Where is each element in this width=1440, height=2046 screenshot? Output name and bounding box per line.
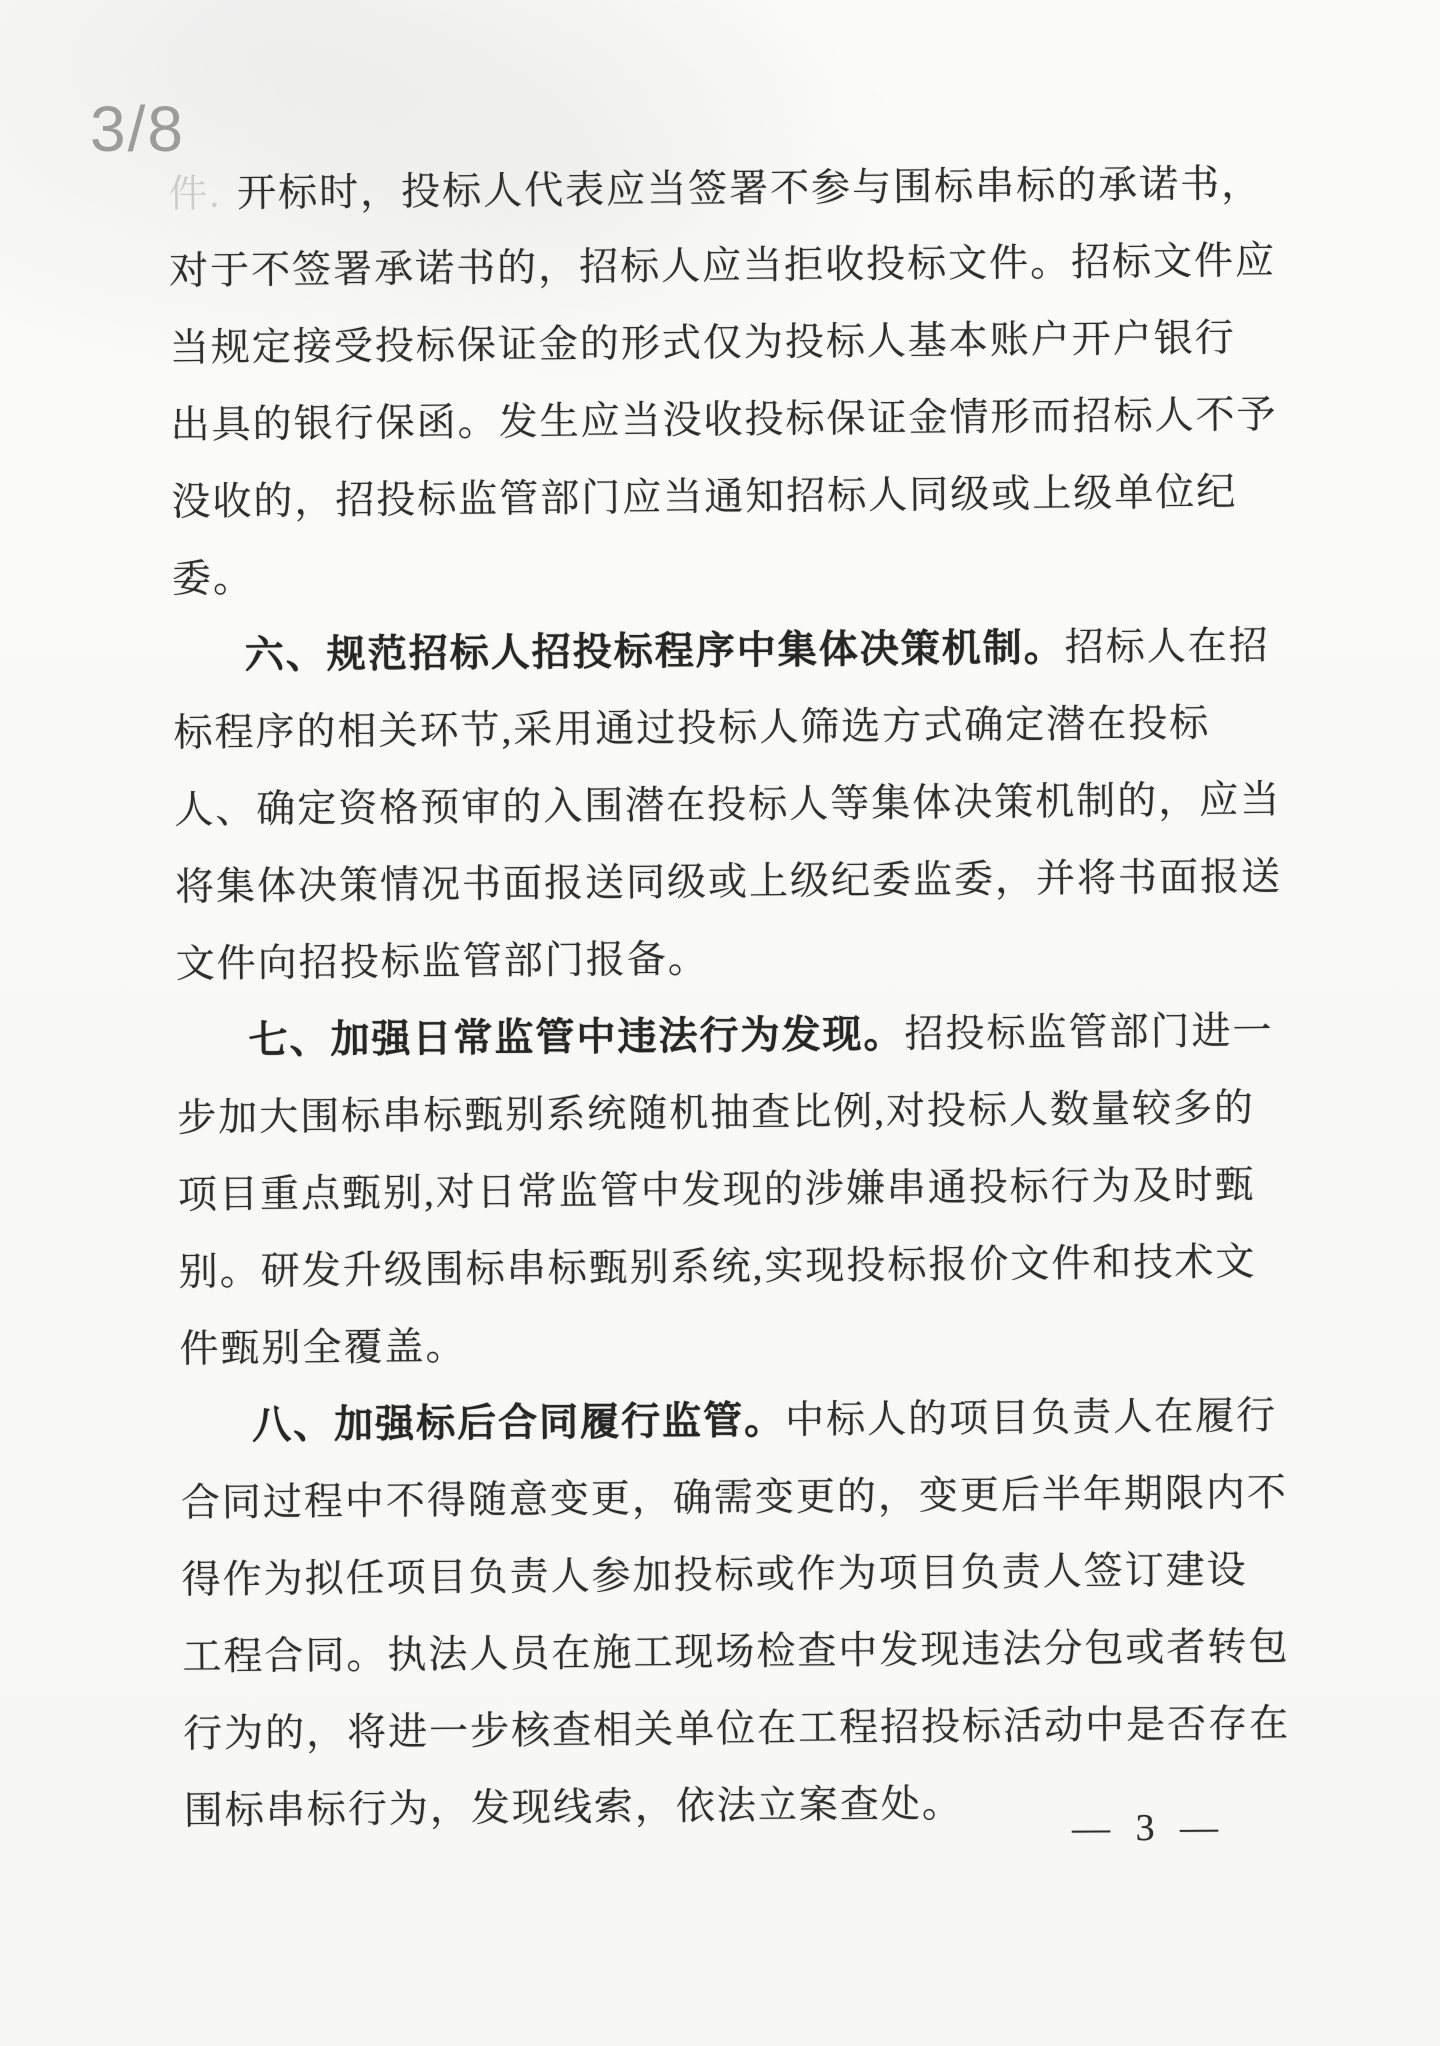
line-text: 工程合同。执法人员在施工现场检查中发现违法分包或者转包 [182, 1625, 1289, 1679]
line-text: 合同过程中不得随意变更，确需变更的，变更后半年期限内不 [181, 1471, 1288, 1525]
line-text: 得作为拟任项目负责人参加投标或作为项目负责人签订建设 [181, 1549, 1247, 1602]
document-line: 项目重点甄别,对日常监管中发现的涉嫌串通投标行为及时甄 [178, 1146, 1291, 1234]
line-text: 开标时，投标人代表应当签署不参与围标串标的承诺书， [237, 162, 1262, 215]
line-text: 将集体决策情况书面报送同级或上级纪委监委，并将书面报送 [175, 855, 1282, 909]
line-text: 没收的，招投标监管部门应当通知招标人同级或上级单位纪 [171, 471, 1237, 524]
document-line: 别。研发升级围标串标甄别系统,实现投标报价文件和技术文 [178, 1223, 1291, 1311]
document-line: 当规定接受投标保证金的形式仅为投标人基本账户开户银行 [169, 299, 1282, 387]
document-line: 委。 [172, 530, 1285, 618]
document-line-section-7: 七、加强日常监管中违法行为发现。招投标监管部门进一 [176, 992, 1289, 1080]
line-text: 别。研发升级围标串标甄别系统,实现投标报价文件和技术文 [179, 1241, 1257, 1294]
line-text: 件甄别全覆盖。 [179, 1325, 466, 1371]
document-line: 出具的银行保函。发生应当没收投标保证金情形而招标人不予 [170, 376, 1283, 464]
document-line: 件甄别全覆盖。 [179, 1300, 1292, 1388]
document-line: 将集体决策情况书面报送同级或上级纪委监委，并将书面报送 [175, 838, 1288, 926]
line-text: 步加大围标串标甄别系统随机抽查比例,对投标人数量较多的 [177, 1087, 1255, 1140]
line-text: 行为的，将进一步核查相关单位在工程招投标活动中是否存在 [183, 1702, 1290, 1756]
line-text: 招标人在招 [1065, 624, 1270, 669]
document-line: 行为的，将进一步核查相关单位在工程招投标活动中是否存在 [183, 1685, 1296, 1773]
section-heading: 六、规范招标人招投标程序中集体决策机制。 [245, 626, 1065, 677]
line-text: 委。 [172, 557, 254, 601]
line-text: 人、确定资格预审的入围潜在投标人等集体决策机制的，应当 [174, 778, 1281, 832]
line-text: 围标串标行为，发现线索，依法立案查处。 [184, 1782, 963, 1832]
document-line: 文件向招投标监管部门报备。 [175, 915, 1288, 1003]
line-text: 对于不签署承诺书的，招标人应当拒收投标文件。招标文件应 [169, 239, 1276, 293]
line-text: 当规定接受投标保证金的形式仅为投标人基本账户开户银行 [170, 317, 1236, 370]
document-text-block: 件.开标时，投标人代表应当签署不参与围标串标的承诺书， 对于不签署承诺书的，招标… [168, 145, 1296, 1850]
viewer-page-indicator: 3/8 [90, 92, 185, 166]
scanned-document-page: 3/8 件.开标时，投标人代表应当签署不参与围标串标的承诺书， 对于不签署承诺书… [0, 0, 1440, 2046]
document-line: 工程合同。执法人员在施工现场检查中发现违法分包或者转包 [182, 1608, 1295, 1696]
document-line: 人、确定资格预审的入围潜在投标人等集体决策机制的，应当 [174, 761, 1287, 849]
document-line: 步加大围标串标甄别系统随机抽查比例,对投标人数量较多的 [177, 1069, 1290, 1157]
document-line: 得作为拟任项目负责人参加投标或作为项目负责人签订建设 [181, 1531, 1294, 1619]
line-text: 中标人的项目负责人在履行 [785, 1394, 1277, 1442]
document-line: 对于不签署承诺书的，招标人应当拒收投标文件。招标文件应 [169, 222, 1282, 310]
document-line-section-8: 八、加强标后合同履行监管。中标人的项目负责人在履行 [180, 1377, 1293, 1465]
line-text: 标程序的相关环节,采用通过投标人筛选方式确定潜在投标 [173, 702, 1210, 755]
section-heading: 八、加强标后合同履行监管。 [252, 1399, 785, 1447]
section-heading: 七、加强日常监管中违法行为发现。 [248, 1013, 904, 1062]
faded-text: 件. [168, 172, 221, 216]
document-line: 标程序的相关环节,采用通过投标人筛选方式确定潜在投标 [173, 684, 1286, 772]
document-line: 没收的，招投标监管部门应当通知招标人同级或上级单位纪 [171, 453, 1284, 541]
line-text: 项目重点甄别,对日常监管中发现的涉嫌串通投标行为及时甄 [178, 1164, 1256, 1217]
line-text: 文件向招投标监管部门报备。 [176, 938, 709, 986]
document-line-section-6: 六、规范招标人招投标程序中集体决策机制。招标人在招 [172, 607, 1285, 695]
document-line: 件.开标时，投标人代表应当签署不参与围标串标的承诺书， [168, 145, 1281, 233]
document-line: 合同过程中不得随意变更，确需变更的，变更后半年期限内不 [181, 1454, 1294, 1542]
line-text: 招投标监管部门进一 [904, 1009, 1273, 1056]
line-text: 出具的银行保函。发生应当没收投标保证金情形而招标人不予 [170, 393, 1277, 447]
page-number-footer: — 3 — [1072, 1805, 1226, 1850]
